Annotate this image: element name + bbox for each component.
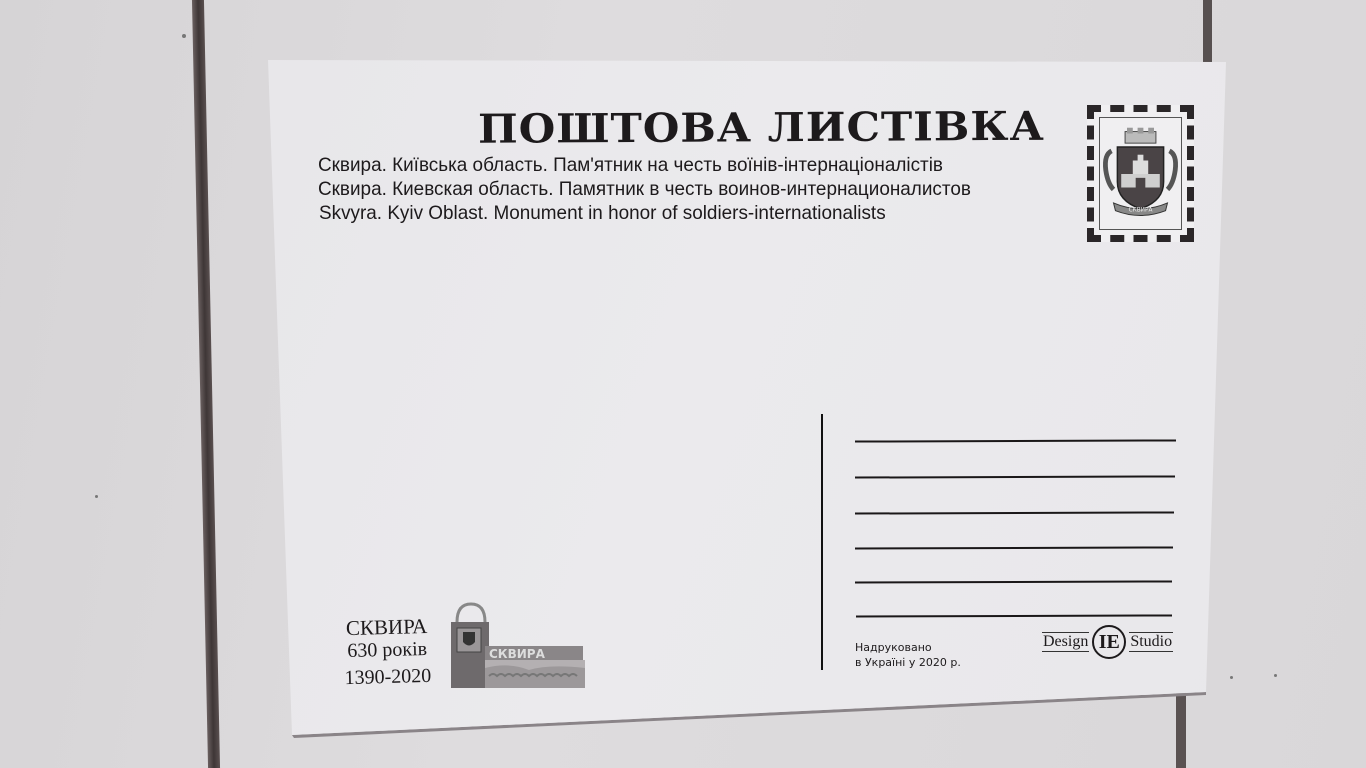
publisher-monogram-icon: IE <box>1092 625 1126 659</box>
address-line-6 <box>856 614 1172 617</box>
publisher-right-word: Studio <box>1129 632 1173 652</box>
postcard-title: ПОШТОВА ЛИСТІВКА <box>478 103 1045 153</box>
anniversary-text: СКВИРА 630 років 1390-2020 <box>343 615 432 693</box>
printed-note-line-1: Надруковано <box>855 640 961 655</box>
wall-tile-seam <box>1203 0 1212 62</box>
wall-tile-seam <box>1176 692 1186 768</box>
caption-english: Skvyra. Kyiv Oblast. Monument in honor o… <box>319 202 886 225</box>
publisher-logo: Design IE Studio <box>1042 625 1173 659</box>
wall-speck <box>95 495 98 498</box>
caption-russian: Сквира. Киевская область. Памятник в чес… <box>318 178 971 201</box>
coat-of-arms-icon: СКВИРА <box>1100 124 1181 224</box>
printed-in-note: Надруковано в Україні у 2020 р. <box>855 640 961 670</box>
wall-tile-seam <box>192 0 220 768</box>
city-sign-monument-image: СКВИРА <box>449 602 585 690</box>
publisher-left-word: Design <box>1042 632 1089 652</box>
address-line-2 <box>855 475 1175 478</box>
address-line-5 <box>855 580 1172 583</box>
svg-text:СКВИРА: СКВИРА <box>1129 207 1153 213</box>
stamp-inner: СКВИРА <box>1099 117 1182 230</box>
stamp-box: СКВИРА <box>1087 105 1194 242</box>
printed-note-line-2: в Україні у 2020 р. <box>855 655 961 670</box>
anniversary-years: 630 років <box>344 637 431 663</box>
address-line-4 <box>855 546 1173 549</box>
wall-speck <box>1274 674 1277 677</box>
address-line-3 <box>855 511 1174 514</box>
sign-text: СКВИРА <box>489 647 546 661</box>
anniversary-city: СКВИРА <box>343 615 430 639</box>
wall-speck <box>1230 676 1233 679</box>
caption-ukrainian: Сквира. Київська область. Пам'ятник на ч… <box>318 154 943 177</box>
address-divider <box>821 414 823 670</box>
wall-speck <box>182 34 186 38</box>
anniversary-range: 1390-2020 <box>344 661 431 693</box>
address-line-1 <box>855 439 1176 442</box>
